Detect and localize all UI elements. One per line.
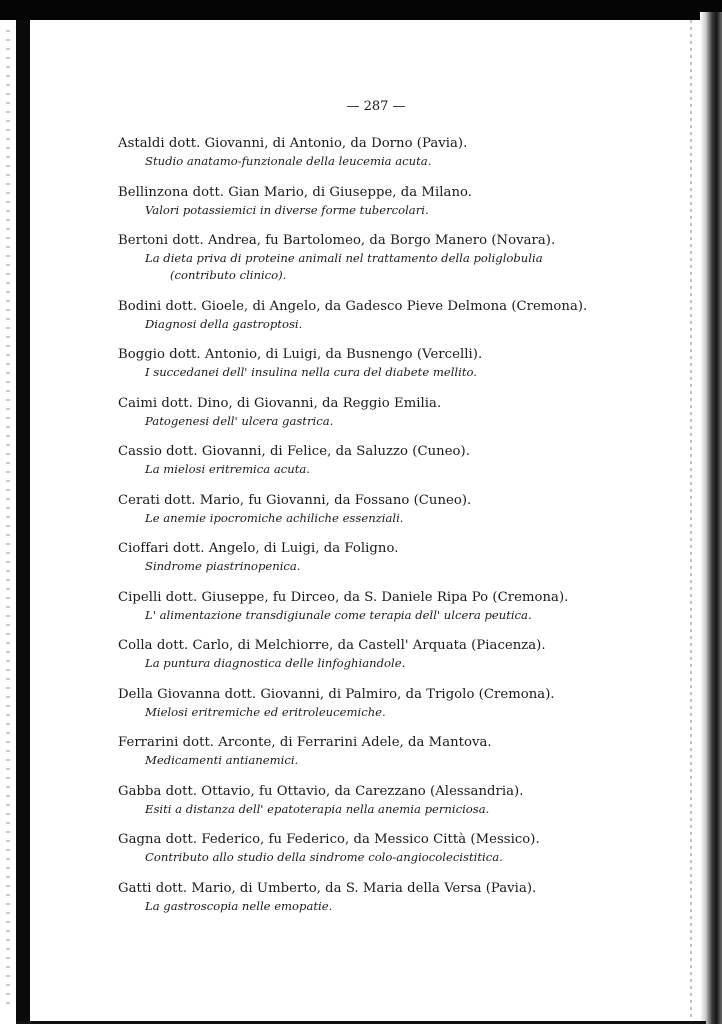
thesis-title: Patogenesi dell' ulcera gastrica. (118, 413, 638, 430)
author-line: Bodini dott. Gioele, di Angelo, da Gades… (118, 297, 638, 316)
author-line: Astaldi dott. Giovanni, di Antonio, da D… (118, 134, 638, 153)
thesis-title: Diagnosi della gastroptosi. (118, 316, 638, 333)
list-item: Gatti dott. Mario, di Umberto, da S. Mar… (118, 879, 638, 915)
list-item: Cipelli dott. Giuseppe, fu Dirceo, da S.… (118, 588, 638, 624)
author-line: Gabba dott. Ottavio, fu Ottavio, da Care… (118, 782, 638, 801)
scan-border-top (0, 0, 722, 20)
thesis-title-line2: (contributo clinico). (145, 267, 638, 284)
page-number: — 287 — (0, 99, 722, 114)
author-line: Bellinzona dott. Gian Mario, di Giuseppe… (118, 183, 638, 202)
list-item: Colla dott. Carlo, di Melchiorre, da Cas… (118, 636, 638, 672)
list-item: Bodini dott. Gioele, di Angelo, da Gades… (118, 297, 638, 333)
thesis-title: La mielosi eritremica acuta. (118, 461, 638, 478)
thesis-title: Valori potassiemici in diverse forme tub… (118, 202, 638, 219)
entry-list: Astaldi dott. Giovanni, di Antonio, da D… (118, 134, 638, 927)
thesis-title: Studio anatamo-funzionale della leucemia… (118, 153, 638, 170)
author-line: Colla dott. Carlo, di Melchiorre, da Cas… (118, 636, 638, 655)
thesis-title: Sindrome piastrinopenica. (118, 558, 638, 575)
author-line: Cassio dott. Giovanni, di Felice, da Sal… (118, 442, 638, 461)
thesis-title-line1: La dieta priva di proteine animali nel t… (145, 251, 543, 265)
thesis-title: I succedanei dell' insulina nella cura d… (118, 364, 638, 381)
author-line: Cerati dott. Mario, fu Giovanni, da Foss… (118, 491, 638, 510)
author-line: Caimi dott. Dino, di Giovanni, da Reggio… (118, 394, 638, 413)
scan-noise-left (6, 30, 10, 1010)
thesis-title: Mielosi eritremiche ed eritroleucemiche. (118, 704, 638, 721)
thesis-title: L' alimentazione transdigiunale come ter… (118, 607, 638, 624)
thesis-title: Le anemie ipocromiche achiliche essenzia… (118, 510, 638, 527)
thesis-title: Esiti a distanza dell' epatoterapia nell… (118, 801, 638, 818)
thesis-title: La dieta priva di proteine animali nel t… (118, 250, 638, 284)
scan-border-left (16, 20, 30, 1024)
author-line: Cipelli dott. Giuseppe, fu Dirceo, da S.… (118, 588, 638, 607)
scan-border-right (700, 12, 722, 1024)
list-item: Boggio dott. Antonio, di Luigi, da Busne… (118, 345, 638, 381)
list-item: Cioffari dott. Angelo, di Luigi, da Foli… (118, 539, 638, 575)
list-item: Caimi dott. Dino, di Giovanni, da Reggio… (118, 394, 638, 430)
list-item: Bertoni dott. Andrea, fu Bartolomeo, da … (118, 231, 638, 284)
author-line: Bertoni dott. Andrea, fu Bartolomeo, da … (118, 231, 638, 250)
scan-noise-right (690, 20, 692, 1024)
author-line: Della Giovanna dott. Giovanni, di Palmir… (118, 685, 638, 704)
list-item: Ferrarini dott. Arconte, di Ferrarini Ad… (118, 733, 638, 769)
author-line: Boggio dott. Antonio, di Luigi, da Busne… (118, 345, 638, 364)
thesis-title: Contributo allo studio della sindrome co… (118, 849, 638, 866)
list-item: Cerati dott. Mario, fu Giovanni, da Foss… (118, 491, 638, 527)
author-line: Cioffari dott. Angelo, di Luigi, da Foli… (118, 539, 638, 558)
list-item: Della Giovanna dott. Giovanni, di Palmir… (118, 685, 638, 721)
list-item: Gagna dott. Federico, fu Federico, da Me… (118, 830, 638, 866)
list-item: Bellinzona dott. Gian Mario, di Giuseppe… (118, 183, 638, 219)
thesis-title: La gastroscopia nelle emopatie. (118, 898, 638, 915)
list-item: Cassio dott. Giovanni, di Felice, da Sal… (118, 442, 638, 478)
thesis-title: La puntura diagnostica delle linfoghiand… (118, 655, 638, 672)
thesis-title: Medicamenti antianemici. (118, 752, 638, 769)
author-line: Gatti dott. Mario, di Umberto, da S. Mar… (118, 879, 638, 898)
author-line: Gagna dott. Federico, fu Federico, da Me… (118, 830, 638, 849)
list-item: Astaldi dott. Giovanni, di Antonio, da D… (118, 134, 638, 170)
list-item: Gabba dott. Ottavio, fu Ottavio, da Care… (118, 782, 638, 818)
author-line: Ferrarini dott. Arconte, di Ferrarini Ad… (118, 733, 638, 752)
